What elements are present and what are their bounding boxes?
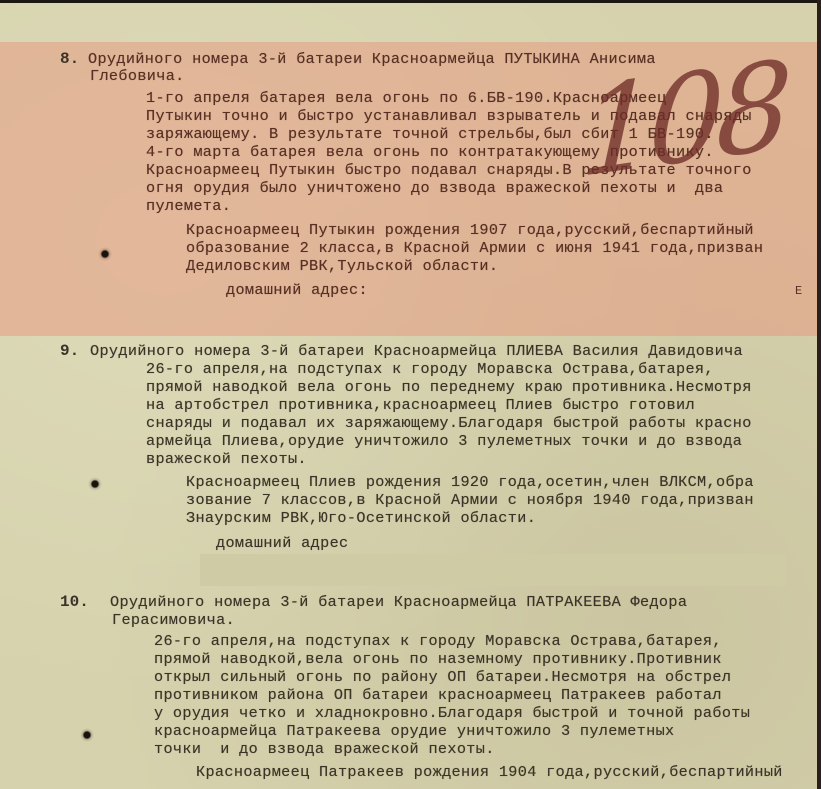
entry-text-line: на артобстрел противника,красноармеец Пл… [146, 396, 695, 414]
bio-line: Дедиловским РВК,Тульской области. [186, 257, 498, 275]
entry-text-line: 26-го апреля,на подступах к городу Морав… [154, 632, 722, 650]
home-address-label: домашний адрес [216, 534, 349, 552]
entry-number: 9. [60, 342, 79, 360]
entry-text-line: красноармейца Патракеева орудие уничтожи… [154, 722, 675, 740]
home-address-label: домашний адрес: [226, 281, 368, 299]
entry-text-line: 26-го апреля,на подступах к городу Морав… [146, 360, 714, 378]
redacted-address [200, 554, 786, 586]
entry-text-line: прямой наводкой вела огонь по переднему … [146, 378, 752, 396]
bio-line: зование 7 классов,в Красной Армии с нояб… [186, 491, 754, 509]
bio-line: Красноармеец Путыкин рождения 1907 года,… [186, 221, 754, 239]
entry-heading-cont: Глебовича. [90, 67, 185, 85]
entry-text-line: противником района ОП батареи красноарме… [154, 686, 722, 704]
entry-heading: Орудийного номера 3-й батареи Красноарме… [88, 50, 656, 68]
bio-line: образование 2 класса,в Красной Армии с и… [186, 239, 763, 257]
entry-heading: Орудийного номера 3-й батареи Красноарме… [110, 593, 687, 611]
bio-line: Знаурским РВК,Юго-Осетинской области. [186, 509, 536, 527]
entry-text-line: армейца Плиева,орудие уничтожило 3 пулем… [146, 432, 742, 450]
entry-heading-cont: Герасимовича. [112, 611, 235, 629]
handwritten-number: 108 [579, 46, 786, 196]
entry-text-line: открыл сильный огонь по району ОП батаре… [154, 668, 731, 686]
pinhole-mark [98, 247, 112, 261]
bio-line: Красноармеец Плиев рождения 1920 года,ос… [186, 473, 754, 491]
pinhole-mark [88, 477, 102, 491]
pinhole-mark [80, 728, 94, 742]
bio-line: Красноармеец Патракеев рождения 1904 год… [196, 763, 783, 781]
margin-mark: Е [795, 284, 802, 298]
entry-text-line: пулемета. [146, 197, 231, 215]
entry-number: 10. [60, 593, 89, 611]
scan-edge [817, 0, 821, 789]
entry-text-line: прямой наводкой,вела огонь по наземному … [154, 650, 722, 668]
document-page: 8. Орудийного номера 3-й батареи Красноа… [0, 3, 817, 789]
entry-text-line: у орудия четко и хладнокровно.Благодаря … [154, 704, 750, 722]
entry-number: 8. [60, 50, 79, 68]
entry-text-line: снаряды и подавал их заряжающему.Благода… [146, 414, 752, 432]
entry-text-line: точки и до взвода вражеской пехоты. [154, 740, 495, 758]
entry-text-line: вражеской пехоты. [146, 450, 307, 468]
entry-heading: Орудийного номера 3-й батареи Красноарме… [90, 342, 743, 360]
